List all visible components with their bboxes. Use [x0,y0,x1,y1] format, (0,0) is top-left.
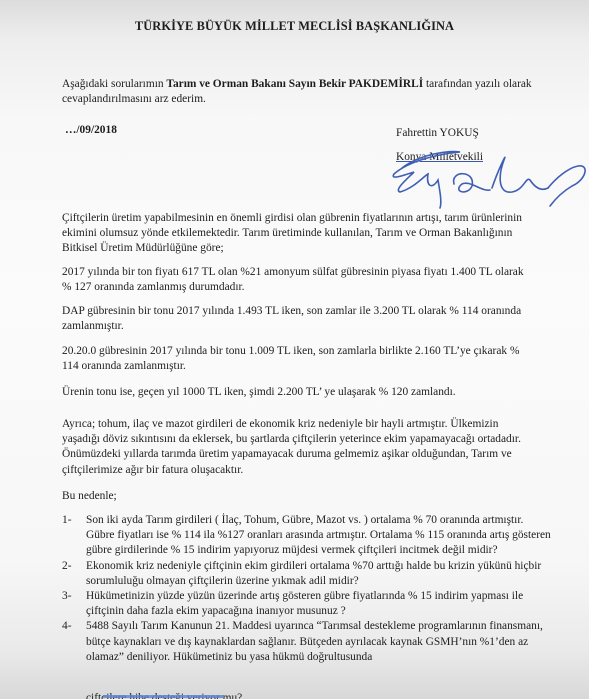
scanned-document-page: TÜRKİYE BÜYÜK MİLLET MECLİSİ BAŞKANLIĞIN… [0,0,589,699]
question-number: 1- [62,513,86,559]
document-title: TÜRKİYE BÜYÜK MİLLET MECLİSİ BAŞKANLIĞIN… [0,19,589,34]
question-text: Hükümetinizin yüzde yüzün üzerinde artış… [86,589,552,619]
signature-icon [380,140,589,210]
paragraph-4: 20.20.0 gübresinin 2017 yılında bir tonu… [62,344,532,374]
intro-paragraph: Aşağıdaki sorularımın Tarım ve Orman Bak… [62,77,532,107]
paragraph-7: Bu nedenle; [62,489,532,504]
question-number: 2- [62,559,86,589]
paragraph-3: DAP gübresinin bir tonu 2017 yılında 1.4… [62,304,532,334]
question-item: 4- 5488 Sayılı Tarım Kanunun 21. Maddesi… [62,619,552,665]
question-text: 5488 Sayılı Tarım Kanunun 21. Maddesi uy… [86,619,552,665]
question-item: 1- Son iki ayda Tarım girdileri ( İlaç, … [62,513,552,559]
question-item: 2- Ekonomik kriz nedeniyle çiftçinin eki… [62,559,552,589]
document-date: …/09/2018 [65,124,117,136]
paragraph-2: 2017 yılında bir ton fiyatı 617 TL olan … [62,265,532,295]
paragraph-5: Ürenin tonu ise, geçen yıl 1000 TL iken,… [62,385,532,400]
signatory-name: Fahrettin YOKUŞ [396,127,479,139]
highlight-mark [103,695,223,698]
question-text: Son iki ayda Tarım girdileri ( İlaç, Toh… [86,513,552,559]
question-text: Ekonomik kriz nedeniyle çiftçinin ekim g… [86,559,552,589]
paragraph-1: Çiftçilerin üretim yapabilmesinin en öne… [62,211,532,257]
question-number: 4- [62,619,86,665]
question-number: 3- [62,589,86,619]
question-item: 3- Hükümetinizin yüzde yüzün üzerinde ar… [62,589,552,619]
paragraph-6: Ayrıca; tohum, ilaç ve mazot girdileri d… [62,417,532,478]
minister-name: Tarım ve Orman Bakanı Sayın Bekir PAKDEM… [166,78,423,90]
intro-text-1: Aşağıdaki sorularımın [62,78,166,90]
questions-list: 1- Son iki ayda Tarım girdileri ( İlaç, … [62,513,552,665]
